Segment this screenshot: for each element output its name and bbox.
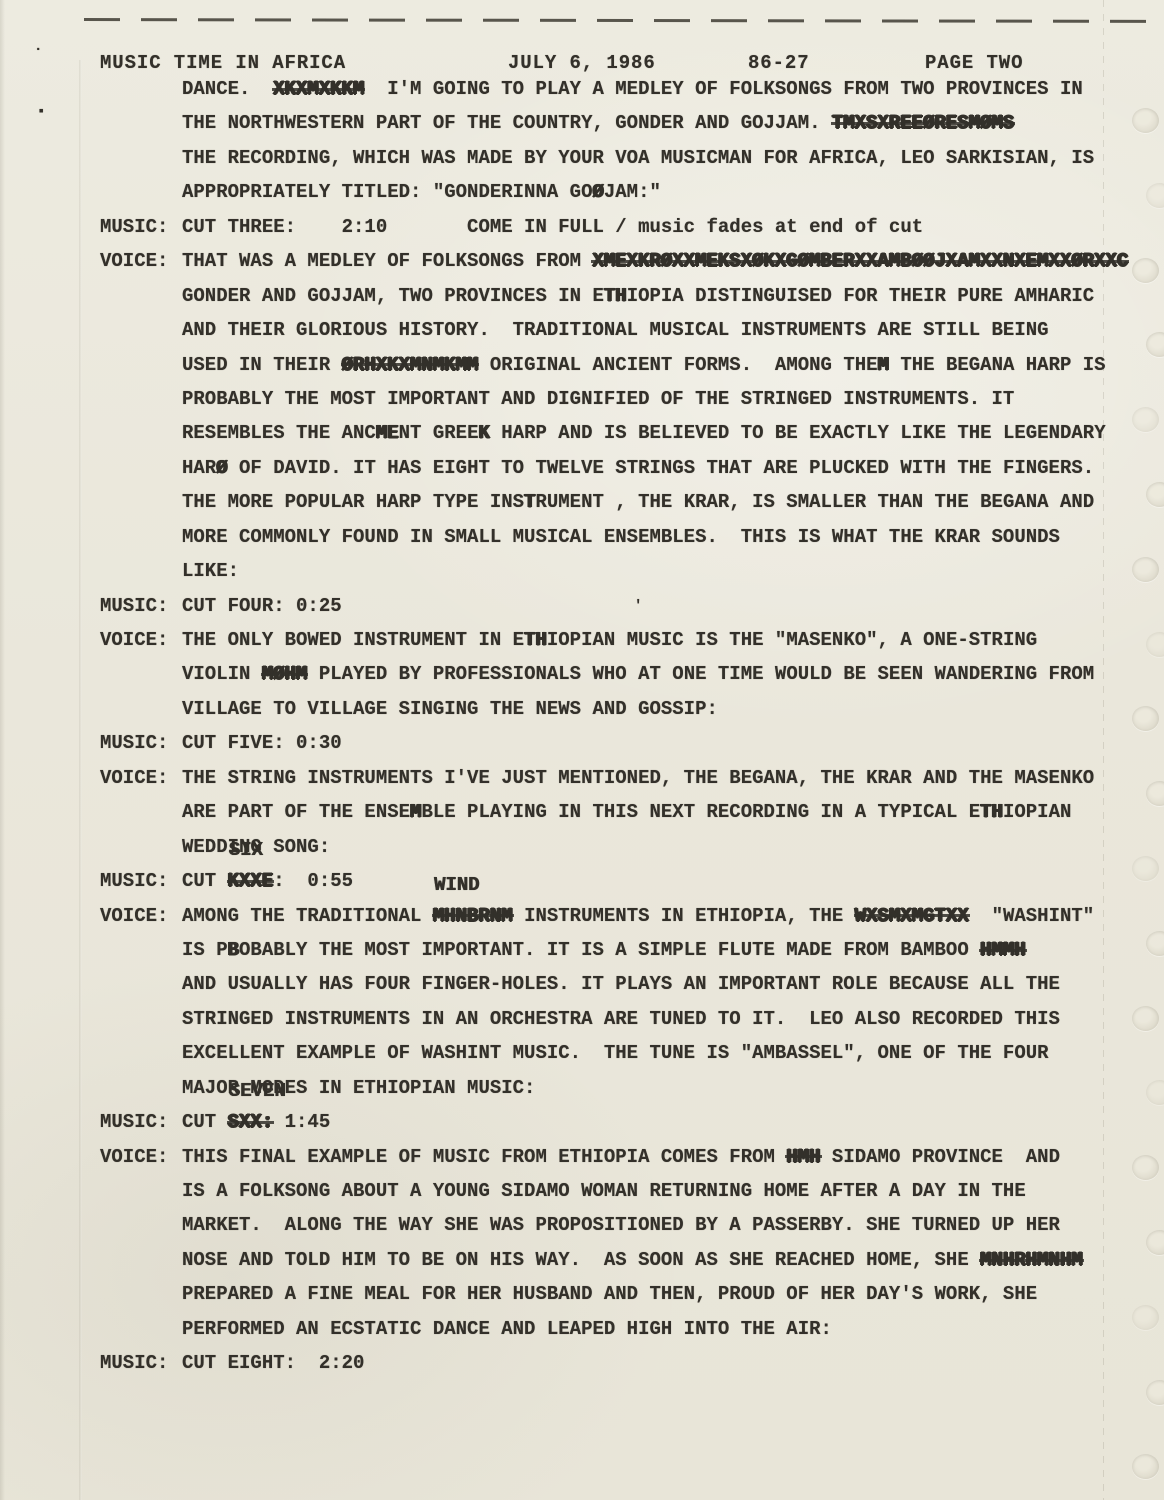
text-run: THAT WAS A MEDLEY OF FOLKSONGS FROM: [182, 250, 592, 272]
line-text: VIOLIN MØHM PLAYED BY PROFESSIONALS WHO …: [182, 657, 1094, 691]
text-run: CUT: [182, 870, 228, 892]
struck-text: MØHM: [262, 657, 308, 691]
typed-correction-wrap: SEVENSXX:: [228, 1105, 274, 1139]
script-line: THE NORTHWESTERN PART OF THE COUNTRY, GO…: [0, 106, 1164, 140]
text-run: NT GREE: [399, 422, 479, 444]
text-run: PERFORMED AN ECSTATIC DANCE AND LEAPED H…: [182, 1318, 832, 1340]
overtyped-text: TH: [604, 285, 627, 307]
perforation-tear-edge: [84, 18, 1164, 23]
script-line: RESEMBLES THE ANCMENT GREEK HARP AND IS …: [0, 416, 1164, 450]
script-line: MUSIC:CUT SEVENSXX: 1:45: [0, 1105, 1164, 1139]
text-run: IOPIA DISTINGUISED FOR THEIR PURE AMHARI…: [627, 285, 1094, 307]
overtyped-text: M: [878, 354, 889, 376]
overtyped-text: TH: [524, 629, 547, 651]
struck-text: KXXE: [228, 864, 274, 898]
script-line: AND USUALLY HAS FOUR FINGER-HOLES. IT PL…: [0, 967, 1164, 1001]
script-line: MAJOR MODES IN ETHIOPIAN MUSIC:: [0, 1071, 1164, 1105]
typed-correction-wrap: SIXKXXE: [228, 864, 274, 898]
cue-label: VOICE:: [100, 623, 168, 657]
script-line: THE MORE POPULAR HARP TYPE INSTRUMENT , …: [0, 485, 1164, 519]
text-run: HARP AND IS BELIEVED TO BE EXACTLY LIKE …: [490, 422, 1106, 444]
text-run: THE RECORDING, WHICH WAS MADE BY YOUR VO…: [182, 147, 1094, 169]
script-line: VOICE:THE STRING INSTRUMENTS I'VE JUST M…: [0, 761, 1164, 795]
text-run: RUMENT , THE KRAR, IS SMALLER THAN THE B…: [535, 491, 1094, 513]
text-run: PLAYED BY PROFESSIONALS WHO AT ONE TIME …: [307, 663, 1094, 685]
text-run: INSTRUMENTS IN ETHIOPIA, THE: [513, 905, 855, 927]
text-run: DANCE.: [182, 78, 273, 100]
text-run: HAR: [182, 457, 216, 479]
text-run: PREPARED A FINE MEAL FOR HER HUSBAND AND…: [182, 1283, 1037, 1305]
text-run: THE BEGANA HARP IS: [889, 354, 1106, 376]
cue-label: VOICE:: [100, 899, 168, 933]
script-line: APPROPRIATELY TITLED: "GONDERINNA GOØJAM…: [0, 175, 1164, 209]
script-line: PROBABLY THE MOST IMPORTANT AND DIGNIFIE…: [0, 382, 1164, 416]
text-run: JAM:": [604, 181, 661, 203]
text-run: : 0:55: [273, 870, 353, 892]
line-text: IS A FOLKSONG ABOUT A YOUNG SIDAMO WOMAN…: [182, 1174, 1026, 1208]
overtyped-text: T: [524, 491, 535, 513]
punch-hole: [1132, 1155, 1159, 1180]
cue-label: VOICE:: [100, 1140, 168, 1174]
line-text: PREPARED A FINE MEAL FOR HER HUSBAND AND…: [182, 1277, 1037, 1311]
script-line: IS PBOBABLY THE MOST IMPORTANT. IT IS A …: [0, 933, 1164, 967]
text-run: CUT: [182, 1111, 228, 1133]
overtyped-text: ME: [376, 422, 399, 444]
cue-label: MUSIC:: [100, 1105, 168, 1139]
struck-text: WXSMXMGTXX: [855, 899, 969, 933]
text-run: MORE COMMONLY FOUND IN SMALL MUSICAL ENS…: [182, 526, 1060, 548]
line-text: MARKET. ALONG THE WAY SHE WAS PROPOSITIO…: [182, 1208, 1060, 1242]
script-line: NOSE AND TOLD HIM TO BE ON HIS WAY. AS S…: [0, 1243, 1164, 1277]
script-line: VOICE:THAT WAS A MEDLEY OF FOLKSONGS FRO…: [0, 244, 1164, 278]
struck-text: MHNBRNM: [433, 899, 513, 933]
line-text: CUT EIGHT: 2:20: [182, 1346, 364, 1380]
line-text: THE STRING INSTRUMENTS I'VE JUST MENTION…: [182, 761, 1094, 795]
text-run: THE MORE POPULAR HARP TYPE INS: [182, 491, 524, 513]
script-line: MARKET. ALONG THE WAY SHE WAS PROPOSITIO…: [0, 1208, 1164, 1242]
text-run: THE ONLY BOWED INSTRUMENT IN E: [182, 629, 524, 651]
struck-text: MNHRHMNHM: [980, 1243, 1083, 1277]
overtyped-text: B: [228, 939, 239, 961]
line-text: IS PBOBABLY THE MOST IMPORTANT. IT IS A …: [182, 933, 1026, 967]
line-text: STRINGED INSTRUMENTS IN AN ORCHESTRA ARE…: [182, 1002, 1060, 1036]
script-line: ARE PART OF THE ENSEMBLE PLAYING IN THIS…: [0, 795, 1164, 829]
punch-hole: [1132, 557, 1159, 582]
text-run: CUT FOUR: 0:25: [182, 595, 342, 617]
punch-hole: [1146, 632, 1164, 657]
script-line: WEDDING SONG:: [0, 830, 1164, 864]
text-run: "WASHINT": [969, 905, 1094, 927]
text-run: CUT EIGHT: 2:20: [182, 1352, 364, 1374]
cue-label: MUSIC:: [100, 589, 168, 623]
cue-label: MUSIC:: [100, 210, 168, 244]
text-run: ORIGINAL ANCIENT FORMS. AMONG THE: [478, 354, 877, 376]
script-line: VOICE:AMONG THE TRADITIONAL WINDMHNBRNM …: [0, 899, 1164, 933]
text-run: THE STRING INSTRUMENTS I'VE JUST MENTION…: [182, 767, 1094, 789]
struck-text: HMMH: [980, 933, 1026, 967]
text-run: APPROPRIATELY TITLED: "GONDERINNA GO: [182, 181, 592, 203]
cue-label: MUSIC:: [100, 726, 168, 760]
text-run: IS P: [182, 939, 228, 961]
struck-text: SXX:: [228, 1105, 274, 1139]
script-line: STRINGED INSTRUMENTS IN AN ORCHESTRA ARE…: [0, 1002, 1164, 1036]
punch-hole: [1132, 258, 1159, 283]
script-line: LIKE:: [0, 554, 1164, 588]
script-line: IS A FOLKSONG ABOUT A YOUNG SIDAMO WOMAN…: [0, 1174, 1164, 1208]
text-run: IS A FOLKSONG ABOUT A YOUNG SIDAMO WOMAN…: [182, 1180, 1026, 1202]
script-line: USED IN THEIR ØRHXKXMNMKMM ORIGINAL ANCI…: [0, 348, 1164, 382]
punch-hole: [1132, 1454, 1159, 1479]
struck-text: ØRHXKXMNMKMM: [342, 348, 479, 382]
text-run: SIDAMO PROVINCE AND: [821, 1146, 1060, 1168]
text-run: CUT FIVE: 0:30: [182, 732, 342, 754]
text-run: BLE PLAYING IN THIS NEXT RECORDING IN A …: [421, 801, 980, 823]
text-run: NOSE AND TOLD HIM TO BE ON HIS WAY. AS S…: [182, 1249, 980, 1271]
script-line: HARØ OF DAVID. IT HAS EIGHT TO TWELVE ST…: [0, 451, 1164, 485]
line-text: AND THEIR GLORIOUS HISTORY. TRADITIONAL …: [182, 313, 1049, 347]
overtyped-text: Ø: [216, 457, 227, 479]
script-line: MUSIC:CUT EIGHT: 2:20: [0, 1346, 1164, 1380]
script-line: THE RECORDING, WHICH WAS MADE BY YOUR VO…: [0, 141, 1164, 175]
text-run: AND THEIR GLORIOUS HISTORY. TRADITIONAL …: [182, 319, 1049, 341]
typed-correction: SIX: [229, 841, 263, 860]
text-run: IOPIAN MUSIC IS THE "MASENKO", A ONE-STR…: [547, 629, 1037, 651]
text-run: IOPIAN: [1003, 801, 1071, 823]
punch-hole: [1132, 856, 1159, 881]
line-text: MORE COMMONLY FOUND IN SMALL MUSICAL ENS…: [182, 520, 1060, 554]
line-text: NOSE AND TOLD HIM TO BE ON HIS WAY. AS S…: [182, 1243, 1083, 1277]
script-line: MUSIC:CUT THREE: 2:10 COME IN FULL / mus…: [0, 210, 1164, 244]
line-text: AND USUALLY HAS FOUR FINGER-HOLES. IT PL…: [182, 967, 1060, 1001]
cue-label: MUSIC:: [100, 1346, 168, 1380]
script-line: EXCELLENT EXAMPLE OF WASHINT MUSIC. THE …: [0, 1036, 1164, 1070]
line-text: CUT FIVE: 0:30: [182, 726, 342, 760]
line-text: CUT THREE: 2:10 COME IN FULL / music fad…: [182, 210, 923, 244]
text-run: THE NORTHWESTERN PART OF THE COUNTRY, GO…: [182, 112, 832, 134]
punch-hole: [1132, 1006, 1159, 1031]
typed-correction-wrap: WINDMHNBRNM: [433, 899, 513, 933]
episode-number: 86-27: [748, 52, 810, 74]
script-line: PERFORMED AN ECSTATIC DANCE AND LEAPED H…: [0, 1312, 1164, 1346]
line-text: RESEMBLES THE ANCMENT GREEK HARP AND IS …: [182, 416, 1106, 450]
overtyped-text: TH: [980, 801, 1003, 823]
line-text: EXCELLENT EXAMPLE OF WASHINT MUSIC. THE …: [182, 1036, 1049, 1070]
text-run: AMONG THE TRADITIONAL: [182, 905, 433, 927]
line-text: CUT FOUR: 0:25: [182, 589, 342, 623]
line-text: CUT SEVENSXX: 1:45: [182, 1105, 330, 1139]
typed-correction: SEVEN: [229, 1082, 286, 1101]
line-text: CUT SIXKXXE: 0:55: [182, 864, 353, 898]
text-run: USED IN THEIR: [182, 354, 342, 376]
text-run: EXCELLENT EXAMPLE OF WASHINT MUSIC. THE …: [182, 1042, 1049, 1064]
line-text: HARØ OF DAVID. IT HAS EIGHT TO TWELVE ST…: [182, 451, 1094, 485]
script-line: AND THEIR GLORIOUS HISTORY. TRADITIONAL …: [0, 313, 1164, 347]
text-run: I'M GOING TO PLAY A MEDLEY OF FOLKSONGS …: [364, 78, 1082, 100]
text-run: RESEMBLES THE ANC: [182, 422, 376, 444]
script-line: VOICE:THIS FINAL EXAMPLE OF MUSIC FROM E…: [0, 1140, 1164, 1174]
punch-hole: [1146, 931, 1164, 956]
overtyped-text: M: [410, 801, 421, 823]
ink-speck: ·: [34, 42, 42, 58]
line-text: THE RECORDING, WHICH WAS MADE BY YOUR VO…: [182, 141, 1094, 175]
document-title: MUSIC TIME IN AFRICA: [100, 52, 346, 74]
text-run: OBABLY THE MOST IMPORTANT. IT IS A SIMPL…: [239, 939, 980, 961]
struck-text: XMEXKRØXXMEKSXØKXGØMBERXXAMBØØJXAMXXNXEM…: [592, 244, 1128, 278]
script-line: DANCE. XKXMXKKM I'M GOING TO PLAY A MEDL…: [0, 72, 1164, 106]
line-text: APPROPRIATELY TITLED: "GONDERINNA GOØJAM…: [182, 175, 661, 209]
cue-label: VOICE:: [100, 761, 168, 795]
overtyped-text: Ø: [592, 181, 603, 203]
line-text: GONDER AND GOJJAM, TWO PROVINCES IN ETHI…: [182, 279, 1094, 313]
ink-speck: ▪: [37, 104, 45, 120]
line-text: USED IN THEIR ØRHXKXMNMKMM ORIGINAL ANCI…: [182, 348, 1106, 382]
script-line: GONDER AND GOJJAM, TWO PROVINCES IN ETHI…: [0, 279, 1164, 313]
line-text: PERFORMED AN ECSTATIC DANCE AND LEAPED H…: [182, 1312, 832, 1346]
script-line: PREPARED A FINE MEAL FOR HER HUSBAND AND…: [0, 1277, 1164, 1311]
line-text: THE NORTHWESTERN PART OF THE COUNTRY, GO…: [182, 106, 1014, 140]
text-run: PROBABLY THE MOST IMPORTANT AND DIGNIFIE…: [182, 388, 1014, 410]
punch-hole: [1132, 1305, 1159, 1330]
script-line: MUSIC:CUT SIXKXXE: 0:55: [0, 864, 1164, 898]
line-text: AMONG THE TRADITIONAL WINDMHNBRNM INSTRU…: [182, 899, 1094, 933]
script-line: MUSIC:CUT FOUR: 0:25: [0, 589, 1164, 623]
text-run: STRINGED INSTRUMENTS IN AN ORCHESTRA ARE…: [182, 1008, 1060, 1030]
script-line: VOICE:THE ONLY BOWED INSTRUMENT IN ETHIO…: [0, 623, 1164, 657]
line-text: PROBABLY THE MOST IMPORTANT AND DIGNIFIE…: [182, 382, 1014, 416]
text-run: CUT THREE: 2:10 COME IN FULL / music fad…: [182, 216, 923, 238]
text-run: LIKE:: [182, 560, 239, 582]
line-text: THE ONLY BOWED INSTRUMENT IN ETHIOPIAN M…: [182, 623, 1037, 657]
line-text: THE MORE POPULAR HARP TYPE INSTRUMENT , …: [182, 485, 1094, 519]
line-text: THIS FINAL EXAMPLE OF MUSIC FROM ETHIOPI…: [182, 1140, 1060, 1174]
struck-text: TMXSXREEØRESMØMS: [832, 106, 1014, 140]
page-number-label: PAGE TWO: [925, 52, 1023, 74]
text-run: MARKET. ALONG THE WAY SHE WAS PROPOSITIO…: [182, 1214, 1060, 1236]
text-run: VILLAGE TO VILLAGE SINGING THE NEWS AND …: [182, 698, 718, 720]
text-run: OF DAVID. IT HAS EIGHT TO TWELVE STRINGS…: [228, 457, 1095, 479]
line-text: LIKE:: [182, 554, 239, 588]
script-body: DANCE. XKXMXKKM I'M GOING TO PLAY A MEDL…: [0, 72, 1164, 1381]
script-line: VIOLIN MØHM PLAYED BY PROFESSIONALS WHO …: [0, 657, 1164, 691]
line-text: VILLAGE TO VILLAGE SINGING THE NEWS AND …: [182, 692, 718, 726]
text-run: AND USUALLY HAS FOUR FINGER-HOLES. IT PL…: [182, 973, 1060, 995]
typed-correction: WIND: [434, 876, 480, 895]
text-run: THIS FINAL EXAMPLE OF MUSIC FROM ETHIOPI…: [182, 1146, 786, 1168]
cue-label: MUSIC:: [100, 864, 168, 898]
script-line: MORE COMMONLY FOUND IN SMALL MUSICAL ENS…: [0, 520, 1164, 554]
struck-text: HMH: [786, 1140, 820, 1174]
punch-hole: [1132, 407, 1159, 432]
punch-hole: [1146, 183, 1164, 208]
line-text: THAT WAS A MEDLEY OF FOLKSONGS FROM XMEX…: [182, 244, 1128, 278]
document-page: MUSIC TIME IN AFRICA JULY 6, 1986 86-27 …: [0, 0, 1164, 1500]
cue-label: VOICE:: [100, 244, 168, 278]
text-run: GONDER AND GOJJAM, TWO PROVINCES IN E: [182, 285, 604, 307]
struck-text: XKXMXKKM: [273, 72, 364, 106]
text-run: VIOLIN: [182, 663, 262, 685]
line-text: DANCE. XKXMXKKM I'M GOING TO PLAY A MEDL…: [182, 72, 1083, 106]
text-run: ARE PART OF THE ENSE: [182, 801, 410, 823]
line-text: ARE PART OF THE ENSEMBLE PLAYING IN THIS…: [182, 795, 1071, 829]
ink-speck: ': [634, 598, 642, 614]
script-line: MUSIC:CUT FIVE: 0:30: [0, 726, 1164, 760]
punch-hole: [1146, 1380, 1164, 1405]
punch-hole: [1132, 108, 1159, 133]
overtyped-text: K: [478, 422, 489, 444]
text-run: 1:45: [273, 1111, 330, 1133]
script-line: VILLAGE TO VILLAGE SINGING THE NEWS AND …: [0, 692, 1164, 726]
broadcast-date: JULY 6, 1986: [508, 52, 656, 74]
